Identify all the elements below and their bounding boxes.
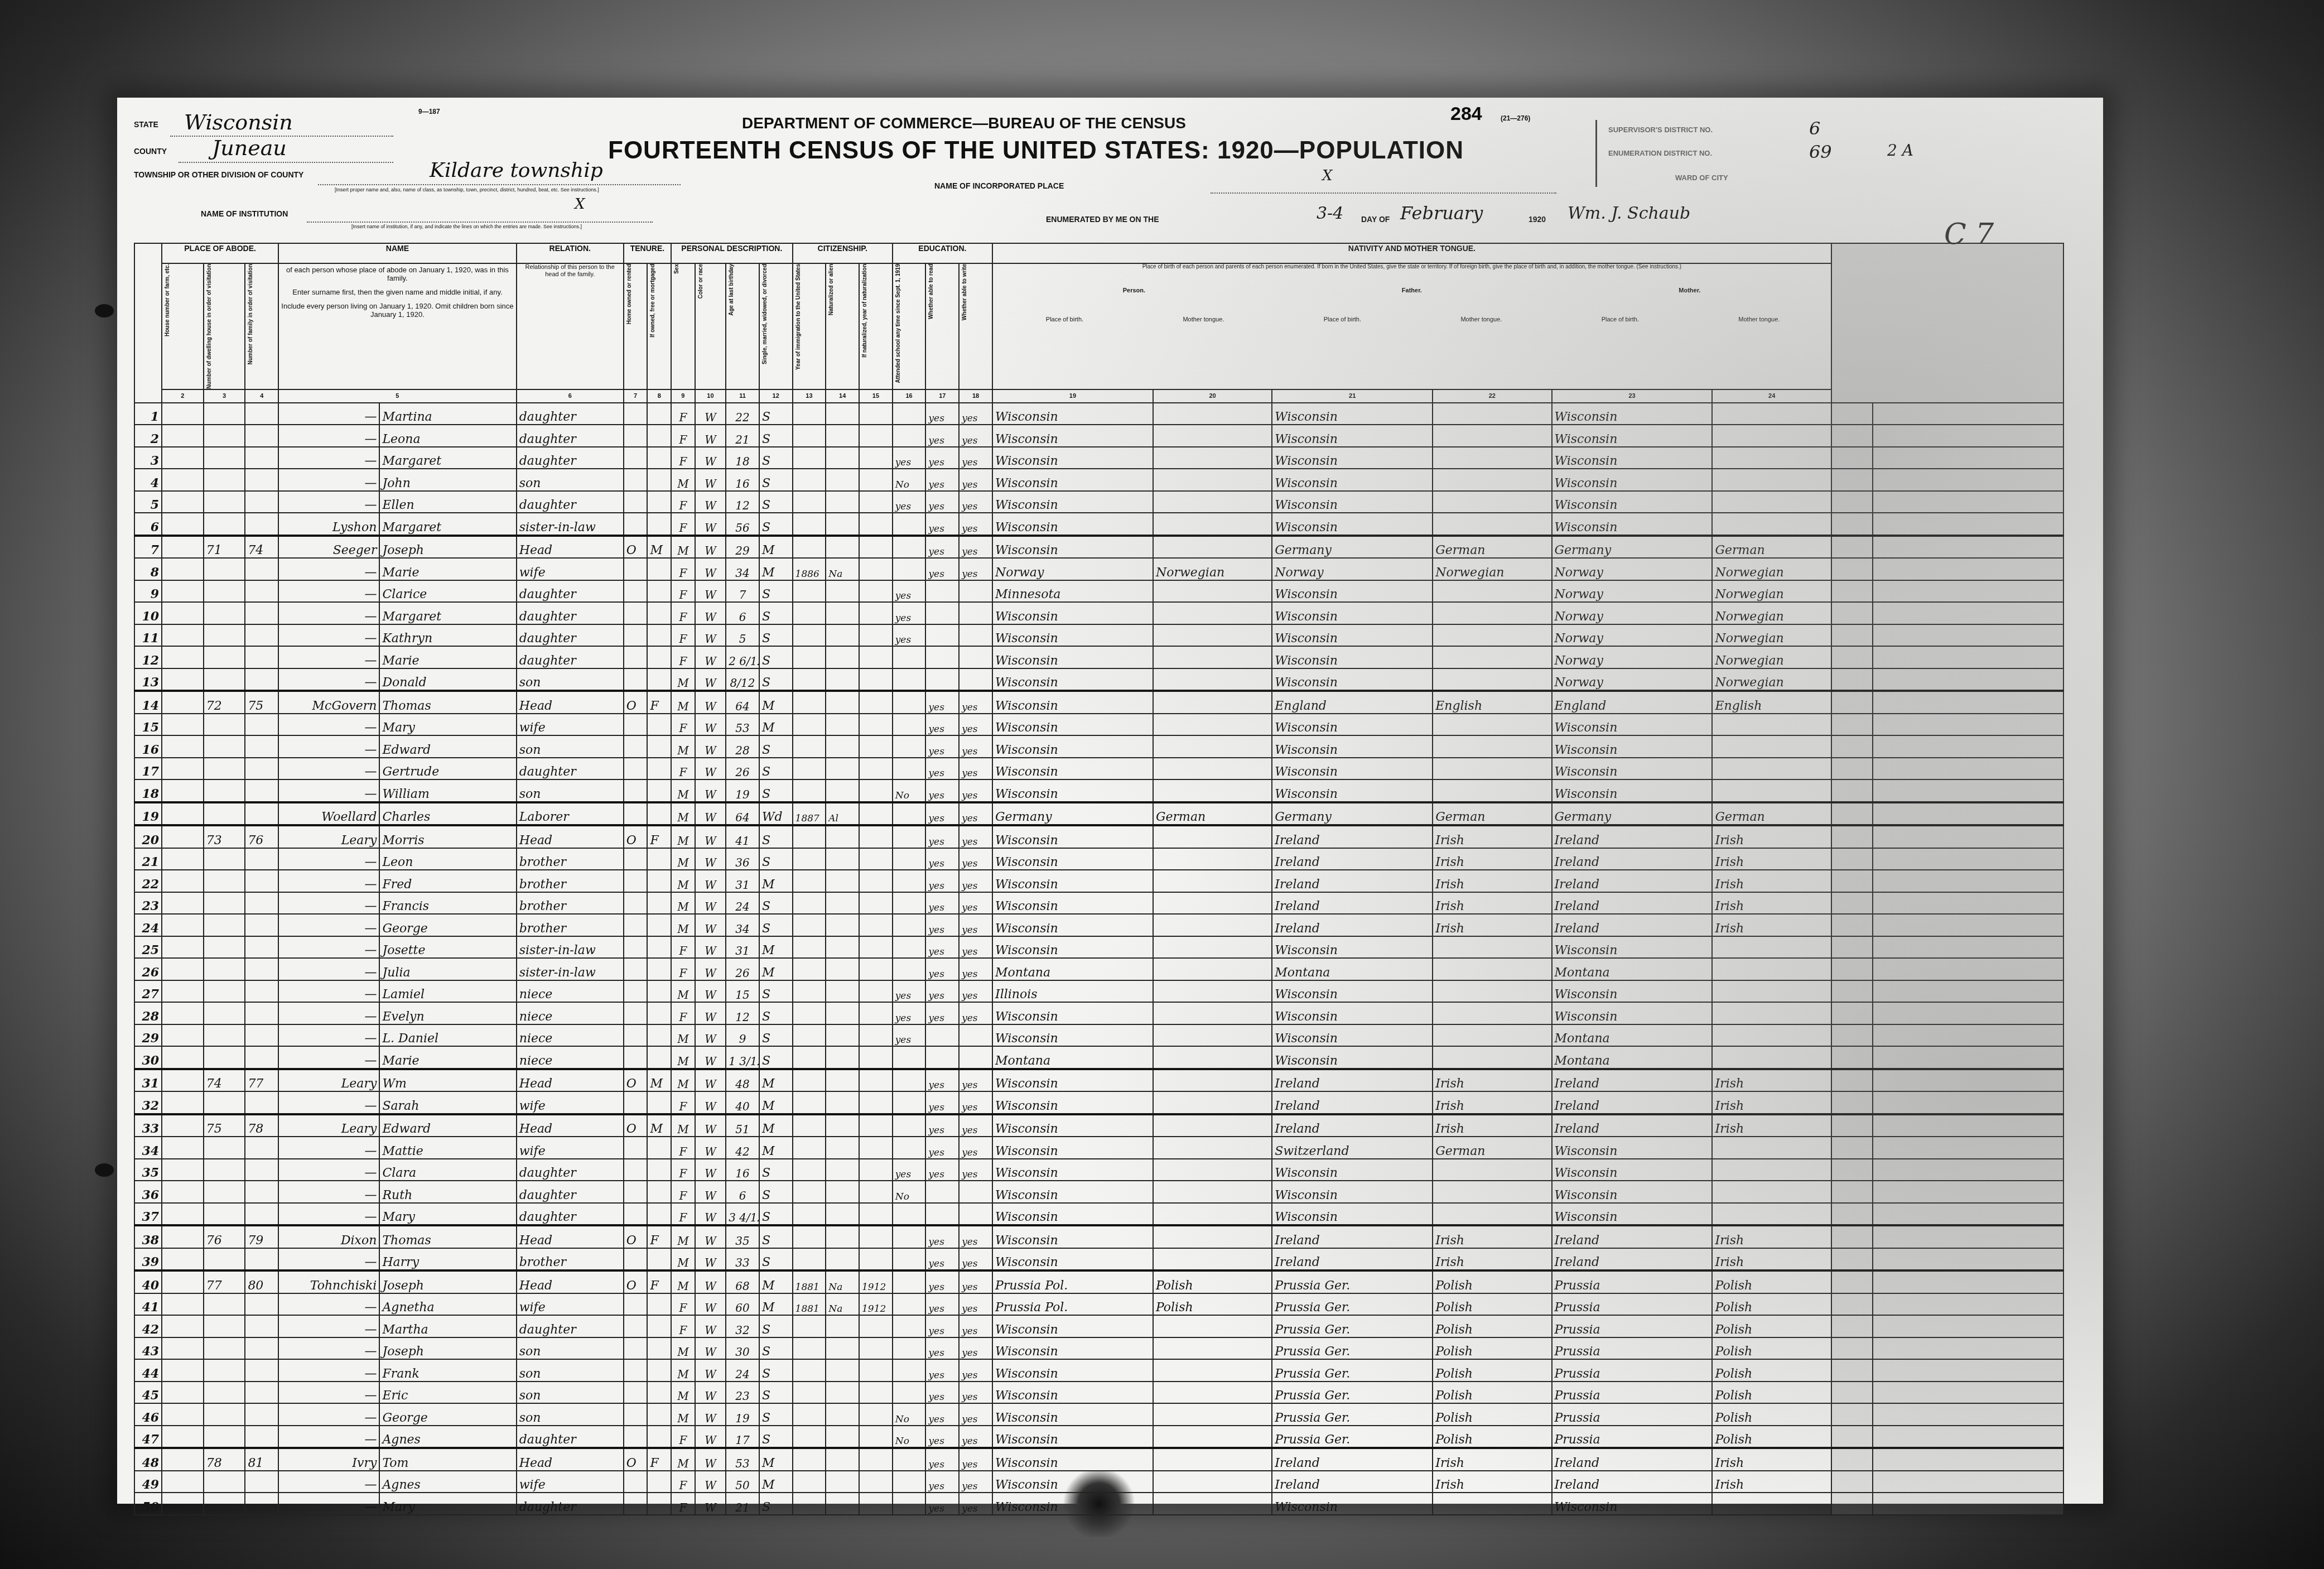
- cell-dwelling-number: [204, 714, 245, 736]
- cell-naturalization-year: [859, 668, 893, 691]
- cell-occupation-flag: [1831, 1337, 1873, 1360]
- cell-mother-birthplace: Ireland: [1552, 1091, 1713, 1114]
- cell-naturalization-year: 1912: [859, 1270, 893, 1293]
- cell-sex: F: [671, 624, 695, 647]
- cell-mother-tongue: [1153, 1426, 1272, 1448]
- cell-mother-mother-tongue: Irish: [1712, 825, 1831, 848]
- cell-marital-status: S: [759, 758, 793, 780]
- cell-dwelling-number: [204, 870, 245, 892]
- cell-given-name: Tom: [379, 1448, 516, 1471]
- cell-birthplace: Montana: [992, 1046, 1153, 1069]
- cell-race: W: [695, 425, 726, 447]
- census-sheet: State Wisconsin County Juneau Township o…: [117, 98, 2103, 1504]
- table-row: 11—KathryndaughterFW5SyesWisconsinWiscon…: [134, 624, 2063, 647]
- cell-mother-mother-tongue: Norwegian: [1712, 580, 1831, 603]
- cell-mother-mother-tongue: [1712, 1137, 1831, 1159]
- cell-age: 21: [726, 425, 759, 447]
- cell-mother-tongue: [1153, 1225, 1272, 1248]
- cell-marital-status: S: [759, 1337, 793, 1360]
- cell-given-name: Agnetha: [379, 1293, 516, 1316]
- department-heading: DEPARTMENT OF COMMERCE—BUREAU OF THE CEN…: [742, 114, 1186, 132]
- cell-birthplace: Wisconsin: [992, 447, 1153, 469]
- cell-mother-tongue: [1153, 513, 1272, 536]
- cell-relation: sister-in-law: [517, 936, 624, 959]
- cell-given-name: Leona: [379, 425, 516, 447]
- cell-relation: sister-in-law: [517, 513, 624, 536]
- column-number: 19: [992, 389, 1153, 403]
- cell-birthplace: Wisconsin: [992, 914, 1153, 936]
- cell-race: W: [695, 403, 726, 425]
- cell-school: [893, 1293, 926, 1316]
- cell-mortgage: [647, 914, 671, 936]
- cell-mother-birthplace: Prussia: [1552, 1315, 1713, 1337]
- cell-mother-mother-tongue: Polish: [1712, 1403, 1831, 1426]
- cell-school: yes: [893, 602, 926, 624]
- cell-mother-mother-tongue: [1712, 1159, 1831, 1181]
- nativity-sub-label: Mother tongue.: [1690, 316, 1829, 324]
- cell-can-write: yes: [959, 1225, 992, 1248]
- cell-mortgage: [647, 1024, 671, 1047]
- cell-naturalization: [826, 602, 859, 624]
- cell-occupation-flag: [1831, 1270, 1873, 1293]
- cell-dwelling-number: [204, 1046, 245, 1069]
- group-citizenship: Citizenship.: [793, 243, 893, 263]
- cell-naturalization-year: [859, 513, 893, 536]
- cell-mother-birthplace: Norway: [1552, 580, 1713, 603]
- cell-marital-status: M: [759, 870, 793, 892]
- cell-age: 12: [726, 491, 759, 513]
- table-row: 6LyshonMargaretsister-in-lawFW56SyesyesW…: [134, 513, 2063, 536]
- cell-age: 21: [726, 1493, 759, 1515]
- row-number: 34: [134, 1137, 162, 1159]
- cell-occupation-flag: [1831, 1471, 1873, 1493]
- cell-marital-status: S: [759, 602, 793, 624]
- cell-tenure: [624, 1293, 648, 1316]
- cell-mother-mother-tongue: [1712, 469, 1831, 491]
- cell-marital-status: S: [759, 779, 793, 802]
- cell-naturalization: [826, 1426, 859, 1448]
- cell-marital-status: S: [759, 447, 793, 469]
- cell-race: W: [695, 1114, 726, 1137]
- cell-father-mother-tongue: Irish: [1433, 1114, 1551, 1137]
- cell-mother-mother-tongue: Norwegian: [1712, 624, 1831, 647]
- cell-immigration-year: [793, 936, 826, 959]
- cell-naturalization: [826, 714, 859, 736]
- cell-school: [893, 668, 926, 691]
- cell-relation: son: [517, 469, 624, 491]
- cell-mother-birthplace: Wisconsin: [1552, 447, 1713, 469]
- cell-immigration-year: 1887: [793, 802, 826, 826]
- cell-marital-status: M: [759, 1069, 793, 1092]
- cell-col-house: [162, 1024, 204, 1047]
- cell-surname: Tohnchiski: [278, 1270, 379, 1293]
- cell-family-number: [245, 602, 278, 624]
- cell-col-house: [162, 580, 204, 603]
- cell-occupation-flag: [1831, 870, 1873, 892]
- cell-naturalization-year: [859, 1403, 893, 1426]
- cell-mother-tongue: [1153, 1493, 1272, 1515]
- cell-marital-status: M: [759, 536, 793, 559]
- column-number: 22: [1433, 389, 1551, 403]
- cell-mortgage: [647, 558, 671, 580]
- cell-naturalization-year: [859, 1448, 893, 1471]
- cell-mother-birthplace: Ireland: [1552, 1471, 1713, 1493]
- cell-school: [893, 1448, 926, 1471]
- cell-can-read: yes: [925, 1337, 959, 1360]
- cell-mother-mother-tongue: Irish: [1712, 1248, 1831, 1271]
- cell-race: W: [695, 825, 726, 848]
- group-place-of-abode: Place of Abode.: [162, 243, 278, 263]
- cell-mortgage: [647, 1403, 671, 1426]
- cell-immigration-year: [793, 1203, 826, 1226]
- cell-mortgage: [647, 892, 671, 915]
- cell-mother-birthplace: Wisconsin: [1552, 714, 1713, 736]
- cell-mortgage: [647, 1181, 671, 1203]
- cell-marital-status: S: [759, 914, 793, 936]
- cell-naturalization: [826, 491, 859, 513]
- cell-birthplace: Wisconsin: [992, 425, 1153, 447]
- cell-mother-birthplace: Wisconsin: [1552, 1137, 1713, 1159]
- cell-father-birthplace: Wisconsin: [1272, 469, 1433, 491]
- cell-col-house: [162, 536, 204, 559]
- cell-mother-tongue: [1153, 602, 1272, 624]
- cell-birthplace: Wisconsin: [992, 870, 1153, 892]
- cell-relation: daughter: [517, 646, 624, 668]
- table-row: 77174SeegerJosephHeadOMMW29MyesyesWiscon…: [134, 536, 2063, 559]
- cell-age: 31: [726, 870, 759, 892]
- cell-father-birthplace: Wisconsin: [1272, 758, 1433, 780]
- col-tenure-1: If owned, free or mortgaged: [647, 263, 671, 389]
- cell-race: W: [695, 1069, 726, 1092]
- cell-father-mother-tongue: Irish: [1433, 892, 1551, 915]
- cell-school: [893, 1114, 926, 1137]
- col-house-number: House number or farm, etc.: [162, 263, 204, 389]
- cell-occupation-flag: [1831, 1002, 1873, 1024]
- cell-occupation: [1873, 1359, 2063, 1382]
- cell-school: [893, 1248, 926, 1271]
- cell-age: 19: [726, 1403, 759, 1426]
- cell-birthplace: Wisconsin: [992, 1203, 1153, 1226]
- cell-surname: —: [278, 403, 379, 425]
- cell-mother-birthplace: Montana: [1552, 1046, 1713, 1069]
- cell-dwelling-number: [204, 980, 245, 1003]
- cell-can-write: yes: [959, 714, 992, 736]
- cell-mother-birthplace: Prussia: [1552, 1337, 1713, 1360]
- cell-surname: —: [278, 1137, 379, 1159]
- cell-mother-mother-tongue: [1712, 425, 1831, 447]
- cell-mortgage: [647, 1137, 671, 1159]
- table-row: 13—DonaldsonMW8/12SWisconsinWisconsinNor…: [134, 668, 2063, 691]
- cell-occupation: [1873, 1024, 2063, 1047]
- cell-race: W: [695, 447, 726, 469]
- cell-birthplace: Wisconsin: [992, 1159, 1153, 1181]
- cell-surname: —: [278, 602, 379, 624]
- table-row: 42—MarthadaughterFW32SyesyesWisconsinPru…: [134, 1315, 2063, 1337]
- binding-hole: [95, 1163, 114, 1177]
- cell-naturalization-year: [859, 1471, 893, 1493]
- cell-immigration-year: [793, 1024, 826, 1047]
- cell-marital-status: S: [759, 646, 793, 668]
- cell-mother-birthplace: Prussia: [1552, 1382, 1713, 1404]
- cell-can-read: [925, 668, 959, 691]
- cell-occupation: [1873, 1493, 2063, 1515]
- cell-can-write: [959, 1024, 992, 1047]
- cell-occupation-flag: [1831, 1403, 1873, 1426]
- row-number: 2: [134, 425, 162, 447]
- cell-mortgage: F: [647, 1225, 671, 1248]
- cell-col-house: [162, 1403, 204, 1426]
- cell-mother-mother-tongue: Polish: [1712, 1315, 1831, 1337]
- cell-marital-status: Wd: [759, 802, 793, 826]
- cell-father-birthplace: Wisconsin: [1272, 447, 1433, 469]
- table-row: 29—L. DanielnieceMW9SyesWisconsinWiscons…: [134, 1024, 2063, 1047]
- cell-mother-birthplace: Wisconsin: [1552, 1181, 1713, 1203]
- cell-mother-tongue: [1153, 1337, 1272, 1360]
- cell-family-number: [245, 714, 278, 736]
- cell-mother-mother-tongue: Polish: [1712, 1293, 1831, 1316]
- cell-can-read: yes: [925, 980, 959, 1003]
- cell-tenure: [624, 1359, 648, 1382]
- cell-occupation: [1873, 1181, 2063, 1203]
- cell-tenure: [624, 1046, 648, 1069]
- row-number: 12: [134, 646, 162, 668]
- cell-mortgage: [647, 848, 671, 870]
- cell-occupation-flag: [1831, 425, 1873, 447]
- cell-occupation-flag: [1831, 1293, 1873, 1316]
- cell-sex: M: [671, 1024, 695, 1047]
- cell-col-house: [162, 1203, 204, 1226]
- cell-tenure: [624, 1091, 648, 1114]
- supervisor-district-value: 6: [1809, 118, 1820, 139]
- cell-school: yes: [893, 980, 926, 1003]
- cell-marital-status: S: [759, 848, 793, 870]
- cell-immigration-year: [793, 646, 826, 668]
- cell-marital-status: S: [759, 469, 793, 491]
- cell-can-write: yes: [959, 1002, 992, 1024]
- cell-father-birthplace: Prussia Ger.: [1272, 1359, 1433, 1382]
- cell-sex: F: [671, 580, 695, 603]
- cell-tenure: [624, 646, 648, 668]
- cell-age: 16: [726, 1159, 759, 1181]
- cell-family-number: [245, 1024, 278, 1047]
- nativity-sub-label: Place of birth.: [1551, 316, 1690, 324]
- cell-immigration-year: [793, 1426, 826, 1448]
- cell-immigration-year: [793, 1382, 826, 1404]
- cell-marital-status: M: [759, 1114, 793, 1137]
- cell-father-mother-tongue: Polish: [1433, 1337, 1551, 1360]
- cell-surname: —: [278, 958, 379, 980]
- cell-father-birthplace: Ireland: [1272, 1069, 1433, 1092]
- cell-col-house: [162, 691, 204, 714]
- cell-occupation-flag: [1831, 758, 1873, 780]
- cell-tenure: [624, 958, 648, 980]
- cell-can-read: yes: [925, 1137, 959, 1159]
- cell-dwelling-number: 72: [204, 691, 245, 714]
- cell-naturalization-year: [859, 1426, 893, 1448]
- cell-father-mother-tongue: [1433, 1181, 1551, 1203]
- cell-age: 8/12: [726, 668, 759, 691]
- cell-naturalization-year: [859, 1337, 893, 1360]
- cell-sex: F: [671, 958, 695, 980]
- cell-marital-status: M: [759, 1270, 793, 1293]
- cell-given-name: Clarice: [379, 580, 516, 603]
- cell-mother-birthplace: Prussia: [1552, 1359, 1713, 1382]
- cell-can-write: yes: [959, 1159, 992, 1181]
- cell-birthplace: Wisconsin: [992, 1181, 1153, 1203]
- column-number: 13: [793, 389, 826, 403]
- cell-family-number: [245, 914, 278, 936]
- cell-age: 31: [726, 936, 759, 959]
- cell-surname: —: [278, 1426, 379, 1448]
- cell-occupation: [1873, 1248, 2063, 1271]
- form-number: 9—187: [418, 108, 440, 115]
- cell-immigration-year: 1886: [793, 558, 826, 580]
- cell-given-name: Harry: [379, 1248, 516, 1271]
- cell-birthplace: Wisconsin: [992, 469, 1153, 491]
- cell-family-number: [245, 558, 278, 580]
- col-personal-0: Sex: [671, 263, 695, 389]
- cell-mother-mother-tongue: [1712, 491, 1831, 513]
- cell-immigration-year: 1881: [793, 1293, 826, 1316]
- cell-mortgage: M: [647, 1069, 671, 1092]
- cell-occupation: [1873, 1471, 2063, 1493]
- cell-given-name: Martha: [379, 1315, 516, 1337]
- cell-can-read: [925, 646, 959, 668]
- cell-mother-mother-tongue: Irish: [1712, 1091, 1831, 1114]
- cell-race: W: [695, 469, 726, 491]
- cell-mother-birthplace: Wisconsin: [1552, 980, 1713, 1003]
- name-instruction: of each person whose place of abode on J…: [281, 266, 514, 283]
- cell-mother-mother-tongue: English: [1712, 691, 1831, 714]
- table-row: 147275McGovernThomasHeadOFMW64MyesyesWis…: [134, 691, 2063, 714]
- cell-naturalization-year: [859, 1046, 893, 1069]
- cell-occupation-flag: [1831, 936, 1873, 959]
- cell-mother-birthplace: Germany: [1552, 802, 1713, 826]
- cell-tenure: O: [624, 1270, 648, 1293]
- cell-tenure: [624, 1337, 648, 1360]
- cell-immigration-year: [793, 1248, 826, 1271]
- cell-marital-status: S: [759, 1359, 793, 1382]
- cell-occupation-flag: [1831, 513, 1873, 536]
- cell-father-birthplace: Wisconsin: [1272, 425, 1433, 447]
- cell-naturalization-year: [859, 1225, 893, 1248]
- table-row: 12—MariedaughterFW2 6/12SWisconsinWiscon…: [134, 646, 2063, 668]
- cell-father-mother-tongue: [1433, 936, 1551, 959]
- cell-mother-birthplace: Ireland: [1552, 1225, 1713, 1248]
- cell-given-name: L. Daniel: [379, 1024, 516, 1047]
- cell-father-birthplace: Prussia Ger.: [1272, 1337, 1433, 1360]
- column-number: 2: [162, 389, 204, 403]
- cell-age: 16: [726, 469, 759, 491]
- cell-mother-tongue: [1153, 1359, 1272, 1382]
- cell-immigration-year: [793, 602, 826, 624]
- cell-father-birthplace: Wisconsin: [1272, 1203, 1433, 1226]
- cell-age: 15: [726, 980, 759, 1003]
- cell-birthplace: Wisconsin: [992, 1382, 1153, 1404]
- cell-immigration-year: [793, 536, 826, 559]
- table-row: 24—GeorgebrotherMW34SyesyesWisconsinIrel…: [134, 914, 2063, 936]
- cell-age: 53: [726, 714, 759, 736]
- row-number: 14: [134, 691, 162, 714]
- cell-naturalization: [826, 1315, 859, 1337]
- cell-family-number: [245, 447, 278, 469]
- cell-can-read: yes: [925, 870, 959, 892]
- row-number: 8: [134, 558, 162, 580]
- cell-occupation: [1873, 825, 2063, 848]
- cell-school: [893, 1359, 926, 1382]
- cell-mother-mother-tongue: [1712, 758, 1831, 780]
- cell-mother-tongue: [1153, 646, 1272, 668]
- cell-father-mother-tongue: Irish: [1433, 1248, 1551, 1271]
- row-number: 20: [134, 825, 162, 848]
- cell-relation: wife: [517, 714, 624, 736]
- cell-relation: daughter: [517, 447, 624, 469]
- cell-given-name: Agnes: [379, 1426, 516, 1448]
- cell-father-mother-tongue: Irish: [1433, 914, 1551, 936]
- cell-relation: brother: [517, 870, 624, 892]
- township-hint: [Insert proper name and, also, name of c…: [335, 187, 599, 192]
- cell-mother-tongue: [1153, 1203, 1272, 1226]
- cell-tenure: [624, 1159, 648, 1181]
- row-number: 35: [134, 1159, 162, 1181]
- cell-occupation: [1873, 646, 2063, 668]
- cell-school: No: [893, 1181, 926, 1203]
- row-number: 42: [134, 1315, 162, 1337]
- row-number: 29: [134, 1024, 162, 1047]
- cell-mother-tongue: [1153, 1181, 1272, 1203]
- county-value: Juneau: [212, 136, 287, 160]
- cell-col-house: [162, 1471, 204, 1493]
- cell-given-name: Sarah: [379, 1091, 516, 1114]
- cell-race: W: [695, 1046, 726, 1069]
- cell-given-name: Mattie: [379, 1137, 516, 1159]
- cell-naturalization: [826, 513, 859, 536]
- cell-father-mother-tongue: Polish: [1433, 1270, 1551, 1293]
- cell-dwelling-number: [204, 1315, 245, 1337]
- cell-birthplace: Wisconsin: [992, 825, 1153, 848]
- cell-given-name: Evelyn: [379, 1002, 516, 1024]
- cell-family-number: 80: [245, 1270, 278, 1293]
- cell-father-birthplace: Ireland: [1272, 914, 1433, 936]
- cell-school: [893, 1471, 926, 1493]
- cell-surname: Woellard: [278, 802, 379, 826]
- cell-dwelling-number: 74: [204, 1069, 245, 1092]
- cell-naturalization-year: [859, 958, 893, 980]
- cell-mortgage: [647, 1159, 671, 1181]
- cell-marital-status: S: [759, 1315, 793, 1337]
- cell-race: W: [695, 1337, 726, 1360]
- cell-immigration-year: [793, 1359, 826, 1382]
- column-number: 18: [959, 389, 992, 403]
- cell-can-read: yes: [925, 848, 959, 870]
- cell-occupation-flag: [1831, 1248, 1873, 1271]
- row-number: 50: [134, 1493, 162, 1515]
- cell-occupation-flag: [1831, 980, 1873, 1003]
- cell-age: 64: [726, 802, 759, 826]
- cell-mother-tongue: [1153, 758, 1272, 780]
- cell-naturalization: Na: [826, 1293, 859, 1316]
- cell-dwelling-number: [204, 1002, 245, 1024]
- cell-occupation: [1873, 1046, 2063, 1069]
- group-nativity: Nativity and Mother Tongue.: [992, 243, 1831, 263]
- row-number: 13: [134, 668, 162, 691]
- cell-naturalization: [826, 779, 859, 802]
- cell-mother-mother-tongue: Irish: [1712, 1471, 1831, 1493]
- cell-school: [893, 646, 926, 668]
- cell-col-house: [162, 1159, 204, 1181]
- cell-mortgage: [647, 1002, 671, 1024]
- cell-given-name: Francis: [379, 892, 516, 915]
